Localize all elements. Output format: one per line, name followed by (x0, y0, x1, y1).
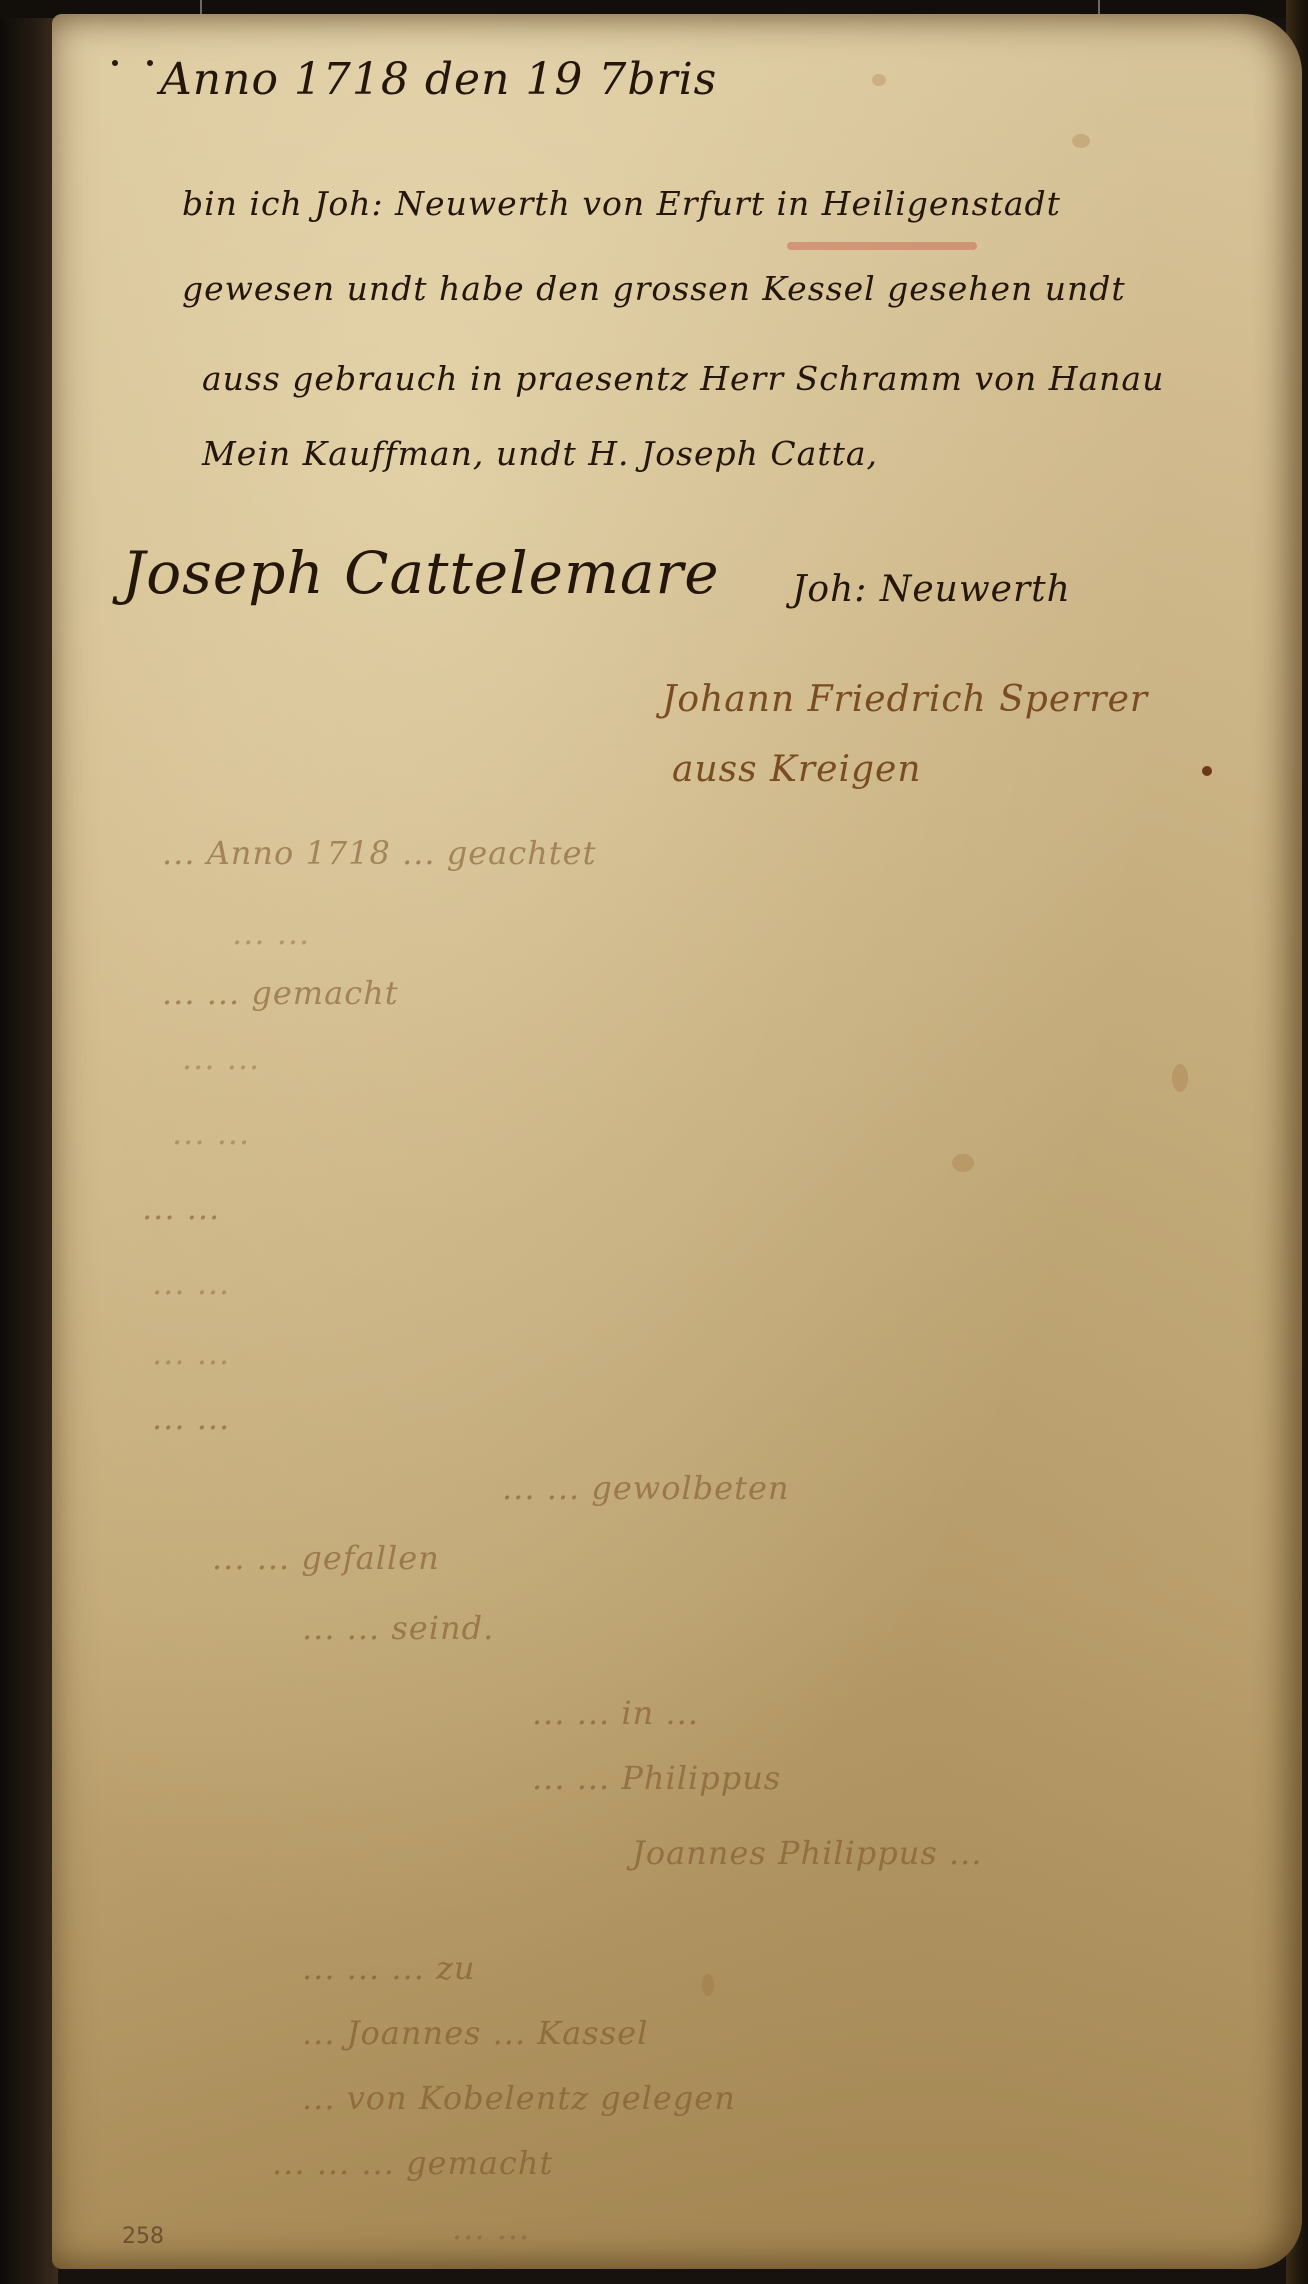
faded-line: ... Joannes ... Kassel (302, 2014, 648, 2052)
signature-primary: Joseph Cattelemare (122, 539, 720, 607)
faded-line: ... Anno 1718 ... geachtet (162, 834, 596, 872)
signature-secondary: Joh: Neuwerth (792, 569, 1071, 610)
ink-dot (1202, 766, 1212, 776)
foxing-spot (872, 74, 886, 86)
faded-line: ... ... (152, 1399, 230, 1437)
book-binding (0, 0, 58, 2284)
foxing-spot (1172, 1064, 1188, 1092)
faded-line: ... ... (142, 1189, 220, 1227)
faded-line: ... ... (452, 2209, 530, 2247)
faded-line: ... ... ... zu (302, 1949, 476, 1987)
faded-line: ... ... gewolbeten (502, 1469, 790, 1507)
entry-header: Anno 1718 den 19 7bris (160, 54, 717, 105)
faded-line: ... ... gefallen (212, 1539, 440, 1577)
second-hand-line-2: auss Kreigen (672, 749, 922, 790)
page-number: 258 (122, 2224, 164, 2249)
faded-line: ... ... (152, 1264, 230, 1302)
ink-dot (112, 60, 118, 66)
foxing-spot (1072, 134, 1090, 148)
faded-line: ... ... (172, 1114, 250, 1152)
faded-line: ... von Kobelentz gelegen (302, 2079, 736, 2117)
faded-line: ... ... gemacht (162, 974, 399, 1012)
faded-line: ... ... (232, 914, 310, 952)
entry-line-3: auss gebrauch in praesentz Herr Schramm … (202, 359, 1164, 398)
faded-line: ... ... seind. (302, 1609, 494, 1647)
red-pencil-mark (787, 242, 977, 250)
ink-dot (147, 60, 153, 66)
foxing-spot (702, 1974, 714, 1996)
manuscript-page: Anno 1718 den 19 7bris bin ich Joh: Neuw… (52, 14, 1302, 2269)
entry-line-4: Mein Kauffman, undt H. Joseph Catta, (202, 434, 878, 473)
faded-line: ... ... (152, 1334, 230, 1372)
faded-line: ... ... (182, 1039, 260, 1077)
faded-line: Joannes Philippus ... (632, 1834, 982, 1872)
second-hand-line-1: Johann Friedrich Sperrer (662, 679, 1148, 720)
faded-line: ... ... ... gemacht (272, 2144, 553, 2182)
entry-line-1: bin ich Joh: Neuwerth von Erfurt in Heil… (182, 184, 1061, 223)
foxing-spot (952, 1154, 974, 1172)
faded-line: ... ... in ... (532, 1694, 699, 1732)
faded-line: ... ... Philippus (532, 1759, 781, 1797)
entry-line-2: gewesen undt habe den grossen Kessel ges… (182, 269, 1126, 308)
